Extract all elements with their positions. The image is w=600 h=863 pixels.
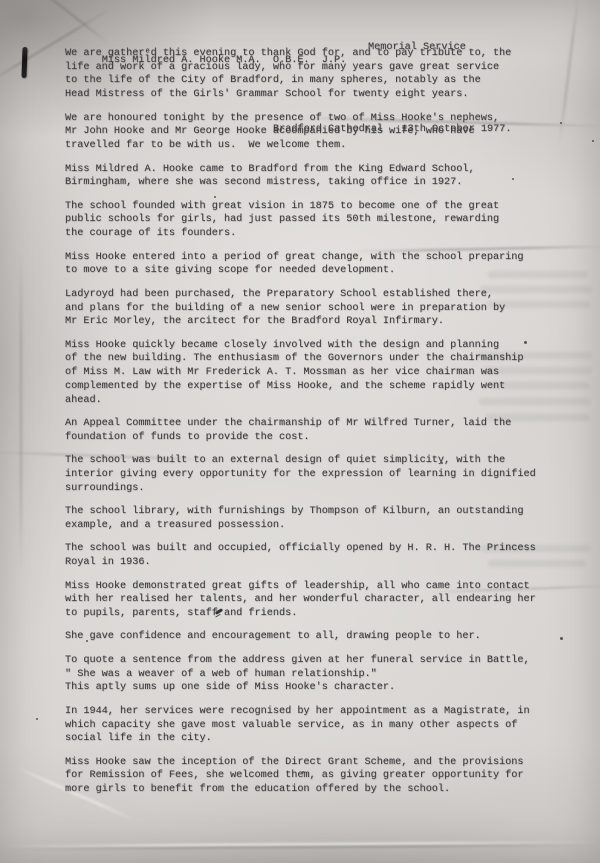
paragraph: Miss Mildred A. Hooke came to Bradford f… xyxy=(65,163,597,190)
paragraph: We are gatherᵉd this evening to thank Go… xyxy=(65,47,597,102)
paragraph: The school was built to an external desi… xyxy=(65,454,597,495)
paragraph: The school founded with great vision in … xyxy=(65,200,597,241)
paragraph: Ladyroyd had been purchased, the Prepara… xyxy=(65,288,597,329)
paragraph: Miss Hooke saw the inception of the Dire… xyxy=(65,756,597,797)
paragraph: To quote a sentence from the address giv… xyxy=(65,654,597,695)
paragraph: The school was built and occupied, offic… xyxy=(65,542,597,569)
fold-highlight xyxy=(0,841,600,848)
staple-mark xyxy=(21,47,27,78)
paragraph: Miss Hooke quickly became closely involv… xyxy=(65,339,597,408)
crease-line xyxy=(20,250,22,570)
paragraph: Miss Hooke demonstrated great gifts of l… xyxy=(65,580,597,621)
ink-speck xyxy=(36,718,38,720)
paragraph: In 1944, her services were recognised by… xyxy=(65,705,597,746)
paragraph: The school library, with furnishings by … xyxy=(65,505,597,532)
scanned-document-page: Miss Mildred A. Hooke M.A. O.B.E. J.P. M… xyxy=(0,0,600,863)
paragraph: Miss Hooke entered into a period of grea… xyxy=(65,251,597,278)
paragraph: An Appeal Committee under the chairmansh… xyxy=(65,417,597,444)
fold-line xyxy=(0,844,600,850)
document-body: We are gatherᵉd this evening to thank Go… xyxy=(65,47,597,807)
paragraph: She gave confidence and encouragement to… xyxy=(65,630,597,644)
paragraph: We are honoured tonight by the presence … xyxy=(65,112,597,153)
